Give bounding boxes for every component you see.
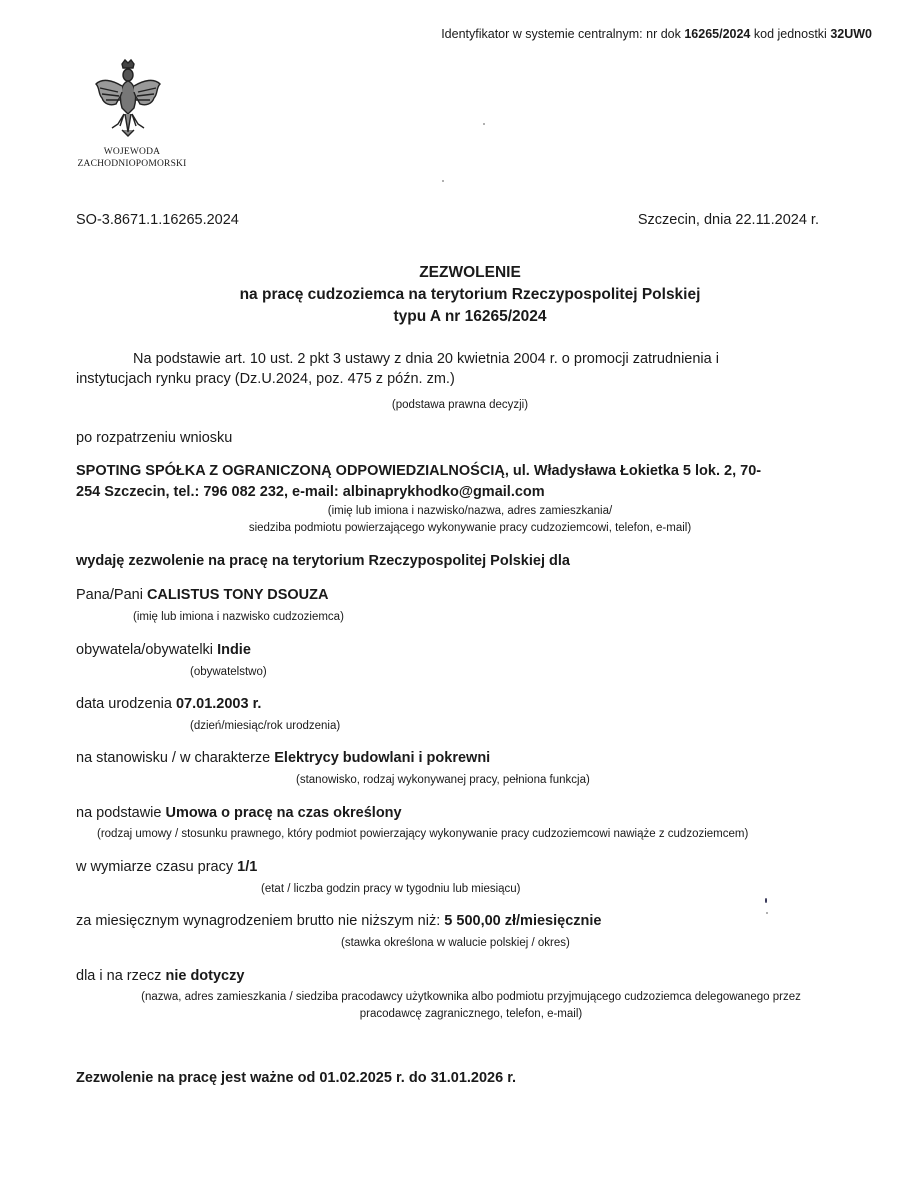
field-name: Pana/Pani CALISTUS TONY DSOUZA <box>76 585 329 605</box>
name-label: Pana/Pani <box>76 587 147 603</box>
legal-basis-hint: (podstawa prawna decyzji) <box>0 397 920 414</box>
user-employer-hint: (nazwa, adres zamieszkania / siedziba pr… <box>76 989 866 1023</box>
employer-line-1: SPOTING SPÓŁKA Z OGRANICZONĄ ODPOWIEDZIA… <box>76 461 876 482</box>
scan-artifact <box>442 180 444 182</box>
unit-prefix: kod jednostki <box>750 27 830 41</box>
citizenship-value: Indie <box>217 642 251 658</box>
scan-artifact <box>766 912 768 914</box>
case-signature: SO-3.8671.1.16265.2024 <box>76 212 239 228</box>
contract-hint: (rodzaj umowy / stosunku prawnego, który… <box>97 826 748 843</box>
legal-basis-line-2: instytucjach rynku pracy (Dz.U.2024, poz… <box>76 369 876 389</box>
position-value: Elektrycy budowlani i pokrewni <box>274 750 490 766</box>
title-line-2: na pracę cudzoziemca na terytorium Rzecz… <box>0 284 920 306</box>
validity-period: Zezwolenie na pracę jest ważne od 01.02.… <box>76 1068 516 1088</box>
name-hint: (imię lub imiona i nazwisko cudzoziemca) <box>133 609 344 626</box>
issuing-authority: WOJEWODA ZACHODNIOPOMORSKI <box>74 146 190 170</box>
title-line-3: typu A nr 16265/2024 <box>0 306 920 328</box>
application-label: po rozpatrzeniu wniosku <box>76 428 232 448</box>
field-working-time: w wymiarze czasu pracy 1/1 <box>76 857 257 877</box>
polish-eagle-emblem-icon <box>92 58 164 140</box>
position-hint: (stanowisko, rodzaj wykonywanej pracy, p… <box>296 772 590 789</box>
field-position: na stanowisku / w charakterze Elektrycy … <box>76 748 490 768</box>
user-employer-hint-line-1: (nazwa, adres zamieszkania / siedziba pr… <box>76 989 866 1006</box>
document-title: ZEZWOLENIE na pracę cudzoziemca na teryt… <box>0 262 920 328</box>
office-line-2: ZACHODNIOPOMORSKI <box>74 158 190 170</box>
office-line-1: WOJEWODA <box>74 146 190 158</box>
user-employer-label: dla i na rzecz <box>76 968 165 984</box>
field-citizenship: obywatela/obywatelki Indie <box>76 640 251 660</box>
contract-label: na podstawie <box>76 805 165 821</box>
birth-date-label: data urodzenia <box>76 696 176 712</box>
working-time-value: 1/1 <box>237 859 257 875</box>
employer-hint: (imię lub imiona i nazwisko/nazwa, adres… <box>0 503 920 537</box>
user-employer-value: nie dotyczy <box>165 968 244 984</box>
scan-artifact <box>483 123 485 125</box>
legal-basis: Na podstawie art. 10 ust. 2 pkt 3 ustawy… <box>76 349 876 389</box>
position-label: na stanowisku / w charakterze <box>76 750 274 766</box>
working-time-hint: (etat / liczba godzin pracy w tygodniu l… <box>261 881 521 898</box>
decision-statement: wydaję zezwolenie na pracę na terytorium… <box>76 551 570 571</box>
field-birth-date: data urodzenia 07.01.2003 r. <box>76 694 261 714</box>
salary-label: za miesięcznym wynagrodzeniem brutto nie… <box>76 913 444 929</box>
employer-hint-line-1: (imię lub imiona i nazwisko/nazwa, adres… <box>0 503 920 520</box>
citizenship-label: obywatela/obywatelki <box>76 642 217 658</box>
title-line-1: ZEZWOLENIE <box>0 262 920 284</box>
employer-hint-line-2: siedziba podmiotu powierzającego wykonyw… <box>0 520 920 537</box>
employer-details: SPOTING SPÓŁKA Z OGRANICZONĄ ODPOWIEDZIA… <box>76 461 876 503</box>
document-number: 16265/2024 <box>684 27 750 41</box>
citizenship-hint: (obywatelstwo) <box>190 664 267 681</box>
working-time-label: w wymiarze czasu pracy <box>76 859 237 875</box>
scan-artifact <box>765 898 767 903</box>
field-contract: na podstawie Umowa o pracę na czas okreś… <box>76 803 402 823</box>
foreigner-name: CALISTUS TONY DSOUZA <box>147 587 329 603</box>
field-salary: za miesięcznym wynagrodzeniem brutto nie… <box>76 911 601 931</box>
unit-code: 32UW0 <box>830 27 872 41</box>
legal-basis-line-1: Na podstawie art. 10 ust. 2 pkt 3 ustawy… <box>76 349 876 369</box>
birth-date-hint: (dzień/miesiąc/rok urodzenia) <box>190 718 340 735</box>
user-employer-hint-line-2: pracodawcę zagranicznego, telefon, e-mai… <box>76 1006 866 1023</box>
contract-value: Umowa o pracę na czas określony <box>165 805 401 821</box>
salary-hint: (stawka określona w walucie polskiej / o… <box>341 935 570 952</box>
birth-date-value: 07.01.2003 r. <box>176 696 261 712</box>
place-and-date: Szczecin, dnia 22.11.2024 r. <box>638 212 819 228</box>
employer-line-2: 254 Szczecin, tel.: 796 082 232, e-mail:… <box>76 482 876 503</box>
identifier-prefix: Identyfikator w systemie centralnym: nr … <box>441 27 684 41</box>
central-system-identifier: Identyfikator w systemie centralnym: nr … <box>441 27 872 41</box>
field-user-employer: dla i na rzecz nie dotyczy <box>76 966 244 986</box>
salary-value: 5 500,00 zł/miesięcznie <box>444 913 601 929</box>
